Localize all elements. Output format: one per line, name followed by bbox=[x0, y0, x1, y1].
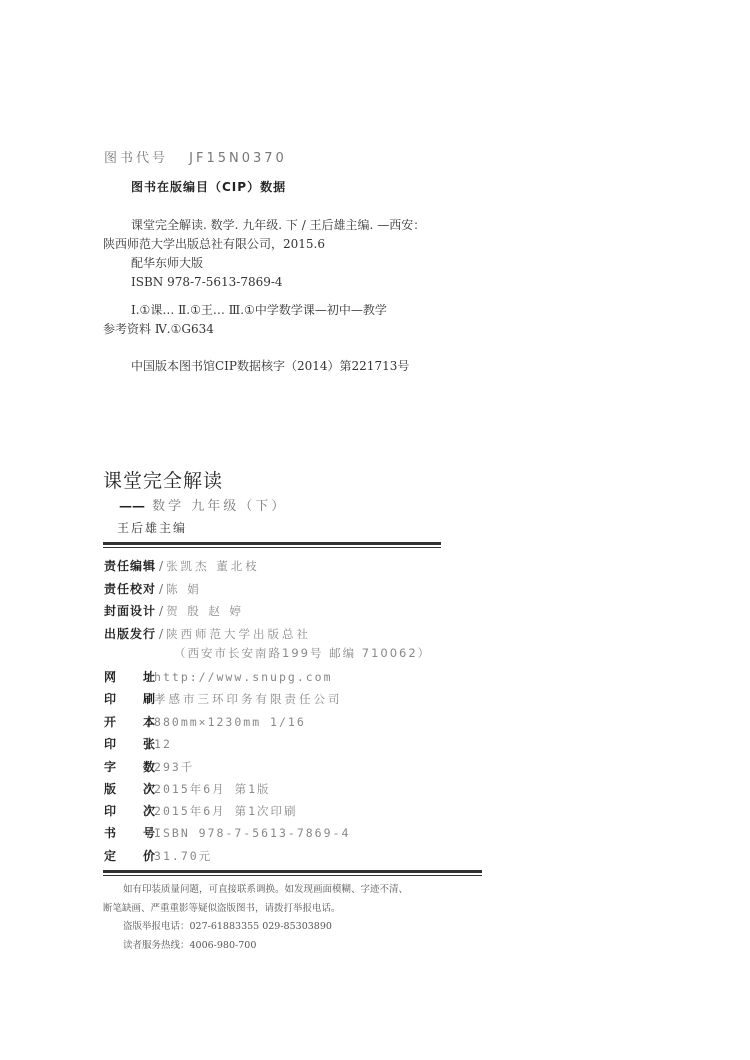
spec-value: 2015年6月 第1版 bbox=[154, 782, 270, 796]
piracy-hotline: 盗版举报电话：027-61883355 029-85303890 bbox=[103, 918, 408, 937]
credit-value: 贺 殷 赵 婷 bbox=[166, 604, 244, 618]
divider-rule bbox=[103, 875, 482, 876]
credit-value: 张凯杰 董北枝 bbox=[166, 559, 260, 573]
subtitle-text: 数学 九年级（下） bbox=[152, 499, 287, 514]
spec-value: 293千 bbox=[154, 760, 194, 774]
cip-line: Ⅰ.①课… Ⅱ.①王… Ⅲ.①中学数学课—初中—教学 bbox=[103, 301, 387, 320]
book-code-label: 图书代号 bbox=[104, 151, 168, 166]
spec-row: 印张/12 bbox=[104, 734, 172, 754]
credit-value: 陕西师范大学出版总社 bbox=[166, 627, 311, 641]
spec-label: 网址 bbox=[104, 667, 164, 687]
spec-value: 880mm×1230mm 1/16 bbox=[154, 715, 306, 729]
spec-label: 字数 bbox=[104, 757, 164, 777]
notice-line: 如有印装质量问题，可直接联系调换。如发现画面模糊、字迹不清、 bbox=[103, 881, 408, 900]
cip-classification-block: Ⅰ.①课… Ⅱ.①王… Ⅲ.①中学数学课—初中—教学 参考资料 Ⅳ.①G634 bbox=[103, 301, 387, 339]
credit-row: 责任校对/陈 娟 bbox=[104, 579, 202, 599]
spec-label: 印次 bbox=[104, 801, 164, 821]
reader-service-hotline: 读者服务热线：4006-980-700 bbox=[103, 937, 408, 956]
spec-label: 版次 bbox=[104, 779, 164, 799]
spec-label: 开本 bbox=[104, 712, 164, 732]
spec-value: 12 bbox=[154, 737, 172, 751]
divider-rule bbox=[103, 542, 441, 545]
spec-value: 2015年6月 第1次印刷 bbox=[154, 804, 297, 818]
cip-record-number: 中国版本图书馆CIP数据核字（2014）第221713号 bbox=[131, 357, 409, 374]
cip-line: 参考资料 Ⅳ.①G634 bbox=[103, 320, 387, 339]
book-title: 课堂完全解读 bbox=[103, 466, 223, 493]
spec-row: 印次/2015年6月 第1次印刷 bbox=[104, 801, 298, 821]
spec-label: 书号 bbox=[104, 823, 164, 843]
spec-value: 31.70元 bbox=[154, 849, 212, 863]
spec-row: 网址/http://www.snupg.com bbox=[104, 667, 333, 687]
credit-label: 责任编辑 bbox=[104, 556, 156, 576]
spec-row: 定价/31.70元 bbox=[104, 846, 212, 866]
book-subtitle: —— 数学 九年级（下） bbox=[119, 495, 287, 514]
spec-row: 字数/293千 bbox=[104, 757, 194, 777]
credit-label: 出版发行 bbox=[104, 624, 156, 644]
divider-rule bbox=[103, 870, 482, 873]
spec-row: 开本/880mm×1230mm 1/16 bbox=[104, 712, 306, 732]
separator: / bbox=[159, 559, 163, 573]
publisher-address: （西安市长安南路199号 邮编 710062） bbox=[174, 645, 431, 661]
separator: / bbox=[159, 604, 163, 618]
cip-main-block: 课堂完全解读. 数学. 九年级. 下 / 王后雄主编. —西安： 陕西师范大学出… bbox=[103, 216, 425, 292]
separator: / bbox=[159, 582, 163, 596]
credit-label: 责任校对 bbox=[104, 579, 156, 599]
book-code: JF15N0370 bbox=[189, 151, 287, 166]
subtitle-dash: —— bbox=[119, 499, 145, 514]
credit-row: 责任编辑/张凯杰 董北枝 bbox=[104, 556, 260, 576]
book-code-line: 图书代号 JF15N0370 bbox=[104, 147, 287, 166]
credit-row: 出版发行/陕西师范大学出版总社 bbox=[104, 624, 311, 644]
spec-row: 书号/ISBN 978-7-5613-7869-4 bbox=[104, 823, 350, 843]
cip-line: 配华东师大版 bbox=[103, 254, 425, 273]
book-editor: 王后雄主编 bbox=[117, 519, 187, 536]
notice-block: 如有印装质量问题，可直接联系调换。如发现画面模糊、字迹不清、 断笔缺画、严重重影… bbox=[103, 881, 408, 955]
spec-value: http://www.snupg.com bbox=[154, 670, 332, 684]
spec-label: 印刷 bbox=[104, 689, 164, 709]
credit-value: 陈 娟 bbox=[166, 582, 202, 596]
credit-row: 封面设计/贺 殷 赵 婷 bbox=[104, 601, 244, 621]
spec-row: 版次/2015年6月 第1版 bbox=[104, 779, 271, 799]
spec-row: 印刷/孝感市三环印务有限责任公司 bbox=[104, 689, 343, 709]
spec-label: 定价 bbox=[104, 846, 164, 866]
spec-value: ISBN 978-7-5613-7869-4 bbox=[154, 826, 350, 840]
notice-line: 断笔缺画、严重重影等疑似盗版图书，请拨打举报电话。 bbox=[103, 900, 408, 919]
spec-label: 印张 bbox=[104, 734, 164, 754]
cip-title: 图书在版编目（CIP）数据 bbox=[131, 178, 286, 195]
cip-isbn: ISBN 978-7-5613-7869-4 bbox=[103, 273, 425, 292]
cip-line: 课堂完全解读. 数学. 九年级. 下 / 王后雄主编. —西安： bbox=[103, 216, 425, 235]
divider-rule bbox=[103, 547, 441, 548]
spec-value: 孝感市三环印务有限责任公司 bbox=[154, 692, 343, 706]
separator: / bbox=[159, 627, 163, 641]
cip-line: 陕西师范大学出版总社有限公司，2015.6 bbox=[103, 235, 425, 254]
credit-label: 封面设计 bbox=[104, 601, 156, 621]
